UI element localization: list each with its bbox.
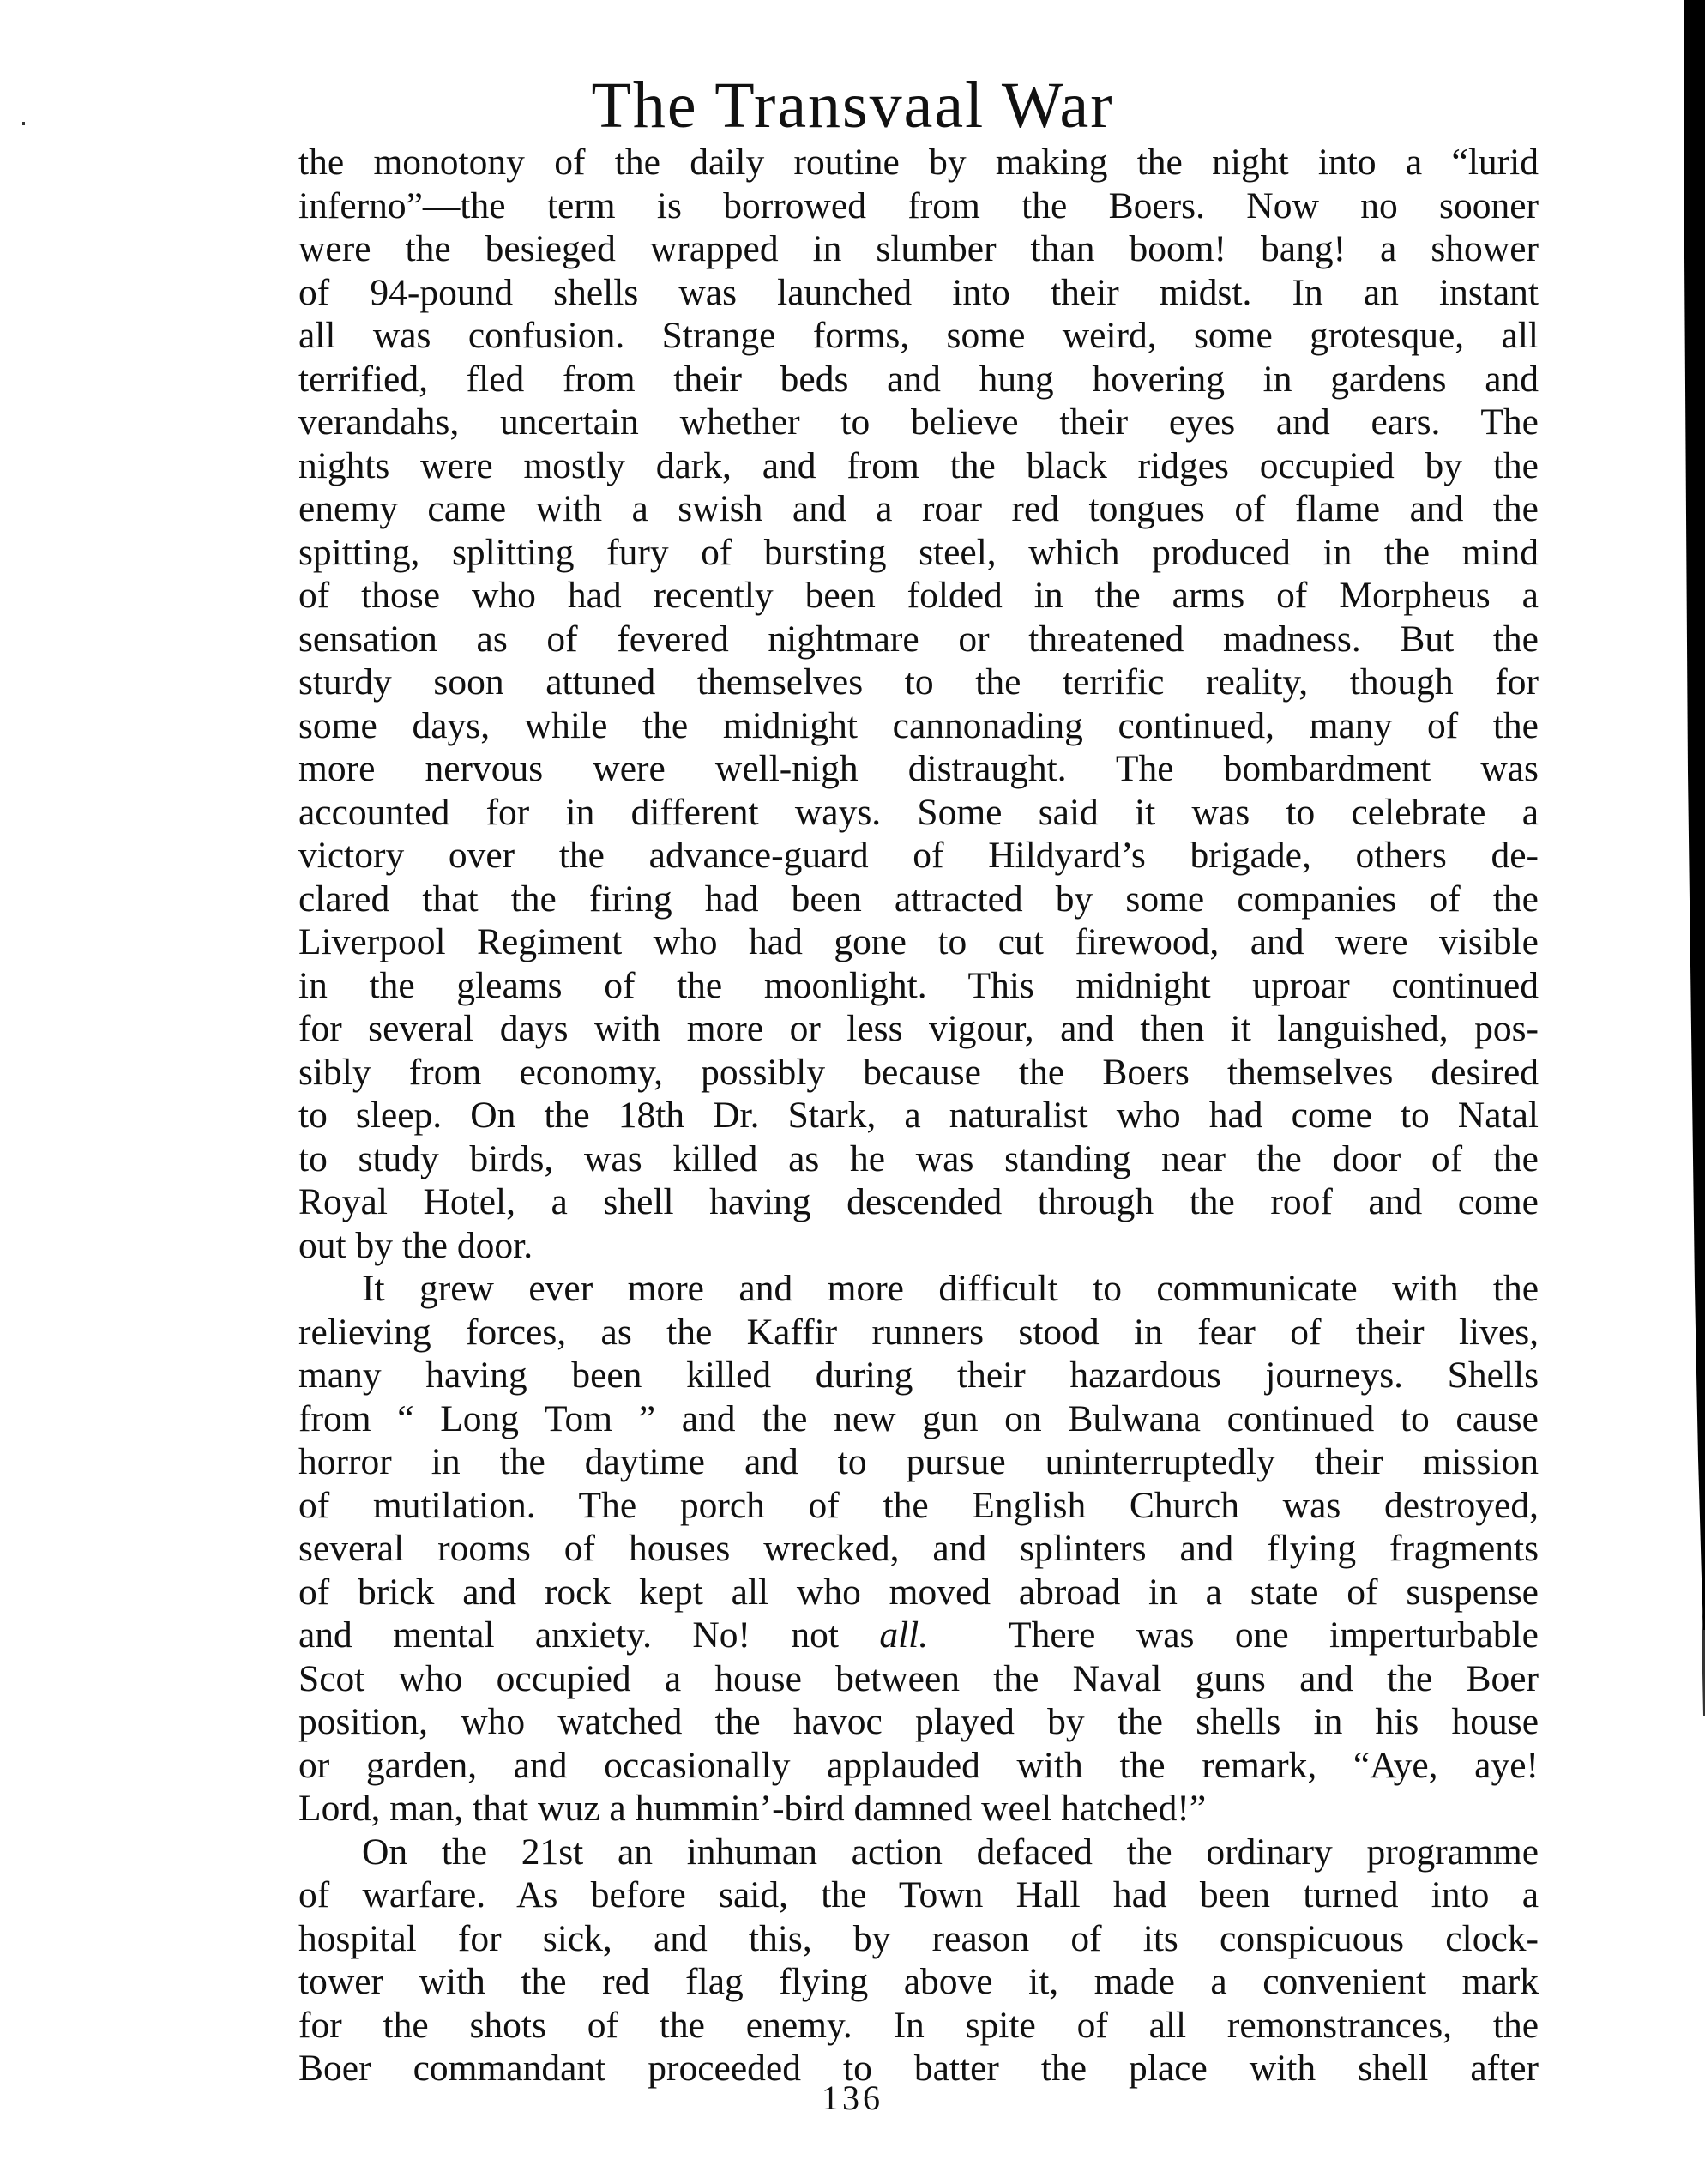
paragraph-3: On the 21st an inhuman action defaced th… <box>298 1831 1539 2090</box>
binding-shadow <box>1654 0 1705 2184</box>
text-line: from “ Long Tom ” and the new gun on Bul… <box>298 1397 1539 1441</box>
text-line: Royal Hotel, a shell having descended th… <box>298 1180 1539 1224</box>
text-line: position, who watched the havoc played b… <box>298 1700 1539 1744</box>
text-line: sensation as of fevered nightmare or thr… <box>298 618 1539 661</box>
text-segment: There was one imperturbable <box>928 1614 1539 1656</box>
text-segment: and mental anxiety. No! not <box>298 1614 879 1656</box>
text-line: Scot who occupied a house between the Na… <box>298 1657 1539 1701</box>
text-line: of those who had recently been folded in… <box>298 574 1539 618</box>
text-line: of warfare. As before said, the Town Hal… <box>298 1873 1539 1917</box>
text-line: of 94-pound shells was launched into the… <box>298 271 1539 315</box>
text-line: the monotony of the daily routine by mak… <box>298 141 1539 184</box>
text-line: out by the door. <box>298 1224 1539 1268</box>
text-line: nights were mostly dark, and from the bl… <box>298 444 1539 488</box>
text-line: in the gleams of the moonlight. This mid… <box>298 964 1539 1008</box>
paragraph-1: the monotony of the daily routine by mak… <box>298 141 1539 1267</box>
text-line: or garden, and occasionally applauded wi… <box>298 1744 1539 1788</box>
text-line: Liverpool Regiment who had gone to cut f… <box>298 920 1539 964</box>
page-number: 136 <box>0 2078 1705 2118</box>
text-line: all was confusion. Strange forms, some w… <box>298 314 1539 358</box>
text-line: of mutilation. The porch of the English … <box>298 1484 1539 1528</box>
text-line: Lord, man, that wuz a hummin’-bird damne… <box>298 1787 1539 1831</box>
text-line: inferno”—the term is borrowed from the B… <box>298 184 1539 228</box>
italic-emphasis: all. <box>879 1614 928 1656</box>
running-title: The Transvaal War <box>0 73 1705 138</box>
text-line: spitting, splitting fury of bursting ste… <box>298 531 1539 575</box>
text-line: horror in the daytime and to pursue unin… <box>298 1440 1539 1484</box>
text-line: several rooms of houses wrecked, and spl… <box>298 1527 1539 1571</box>
text-line: relieving forces, as the Kaffir runners … <box>298 1311 1539 1354</box>
text-line: victory over the advance-guard of Hildya… <box>298 834 1539 878</box>
text-line: It grew ever more and more difficult to … <box>298 1267 1539 1311</box>
text-line: tower with the red flag flying above it,… <box>298 1960 1539 2004</box>
text-line: of brick and rock kept all who moved abr… <box>298 1571 1539 1614</box>
text-line: some days, while the midnight cannonadin… <box>298 704 1539 748</box>
text-line: sturdy soon attuned themselves to the te… <box>298 661 1539 704</box>
text-line: clared that the firing had been attracte… <box>298 878 1539 921</box>
text-line-mixed: and mental anxiety. No! not all. There w… <box>298 1614 1539 1657</box>
text-line: sibly from economy, possibly because the… <box>298 1051 1539 1095</box>
text-line: were the besieged wrapped in slumber tha… <box>298 227 1539 271</box>
text-line: verandahs, uncertain whether to believe … <box>298 401 1539 444</box>
text-line: enemy came with a swish and a roar red t… <box>298 487 1539 531</box>
text-line: for several days with more or less vigou… <box>298 1007 1539 1051</box>
text-line: more nervous were well-nigh distraught. … <box>298 747 1539 791</box>
text-line: accounted for in different ways. Some sa… <box>298 791 1539 835</box>
text-line: many having been killed during their haz… <box>298 1354 1539 1397</box>
text-line: terrified, fled from their beds and hung… <box>298 358 1539 401</box>
text-line: to study birds, was killed as he was sta… <box>298 1137 1539 1181</box>
body-text: the monotony of the daily routine by mak… <box>298 141 1539 2090</box>
text-line: On the 21st an inhuman action defaced th… <box>298 1831 1539 1874</box>
text-line: to sleep. On the 18th Dr. Stark, a natur… <box>298 1094 1539 1137</box>
paragraph-2: It grew ever more and more difficult to … <box>298 1267 1539 1831</box>
text-line: hospital for sick, and this, by reason o… <box>298 1917 1539 1961</box>
text-line: for the shots of the enemy. In spite of … <box>298 2004 1539 2048</box>
